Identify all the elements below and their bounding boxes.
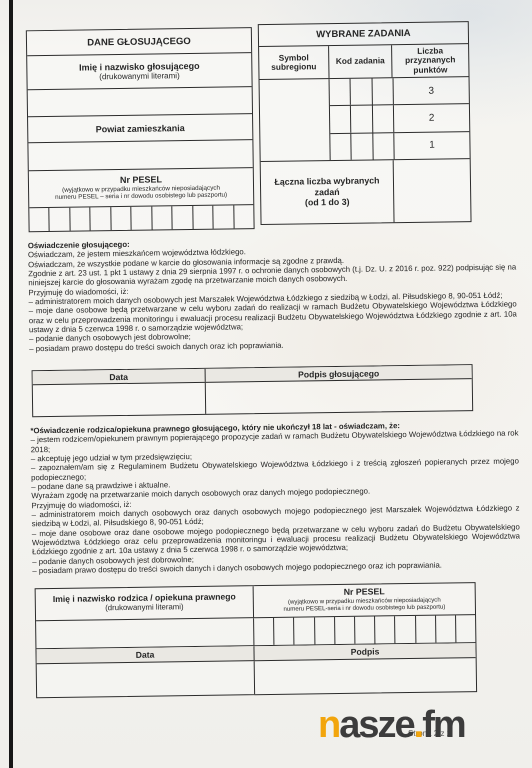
selected-tasks-table: WYBRANE ZADANIA Symbol subregionu Kod za… — [258, 21, 472, 225]
voter-pesel-label: Nr PESEL (wyjątkowo w przypadku mieszkań… — [29, 168, 253, 208]
pesel-digit-cell — [29, 208, 50, 231]
task-code-boxes — [330, 78, 394, 105]
nasze-fm-logo: nasze.fm — [318, 706, 465, 744]
logo-dot: . — [414, 704, 423, 746]
logo-letter-n: n — [318, 704, 339, 746]
date-header: Data — [33, 369, 206, 384]
pesel-digit-cell — [455, 615, 476, 642]
pesel-digit-cell — [111, 207, 132, 230]
guardian-table: Imię i nazwisko rodzica / opiekuna prawn… — [35, 582, 477, 698]
pesel-digit-cell — [354, 617, 375, 644]
guardian-signature-input-cell — [255, 658, 476, 694]
voter-declaration: Oświadczenie głosującego: Oświadczam, że… — [28, 234, 518, 353]
logo-text-asze: asze — [339, 704, 413, 746]
voter-signature-table: Data Podpis głosującego — [32, 364, 474, 417]
voter-pesel-boxes — [29, 205, 253, 231]
col-symbol-subregion: Symbol subregionu — [259, 46, 329, 79]
tasks-table-body: 3 2 — [260, 77, 470, 161]
guardian-pesel-boxes — [254, 615, 475, 645]
guardian-declaration: *Oświadczenie rodzica/opiekuna prawnego … — [30, 419, 520, 575]
pesel-digit-cell — [254, 618, 274, 645]
points-value: 2 — [394, 104, 469, 131]
tasks-column-headers: Symbol subregionu Kod zadania Liczba prz… — [259, 44, 468, 80]
guardian-name-label: Imię i nazwisko rodzica / opiekuna prawn… — [36, 586, 254, 620]
code-digit-cell — [330, 106, 351, 133]
pesel-digit-cell — [172, 206, 193, 229]
points-value: 1 — [394, 132, 469, 159]
code-digit-cell — [330, 133, 351, 160]
code-digit-cell — [351, 133, 373, 160]
tasks-total-row: Łączna liczba wybranych zadań (od 1 do 3… — [261, 158, 471, 224]
task-code-boxes — [330, 106, 394, 133]
tasks-total-label: Łączna liczba wybranych zadań (od 1 do 3… — [261, 160, 395, 224]
voter-name-sublabel: (drukowanymi literami) — [99, 71, 180, 81]
voter-name-label: Imię i nazwisko głosującego (drukowanymi… — [27, 53, 251, 90]
guardian-name-input-cell — [36, 618, 254, 648]
pesel-digit-cell — [132, 207, 153, 230]
pesel-digit-cell — [293, 617, 314, 644]
pesel-digit-cell — [273, 618, 294, 645]
voter-district-input-cell — [28, 140, 252, 171]
task-row: 3 — [330, 77, 469, 105]
pesel-digit-cell — [213, 205, 234, 228]
voter-pesel-sublabel-2: numeru PESEL – seria i nr dowodu osobist… — [55, 191, 227, 201]
logo-text-fm: fm — [422, 704, 464, 746]
guardian-date-signature-inputs — [37, 658, 476, 697]
pesel-digit-cell — [70, 207, 91, 230]
pesel-digit-cell — [50, 208, 71, 231]
signature-table-input-row — [33, 379, 472, 416]
form-content: DANE GŁOSUJĄCEGO Imię i nazwisko głosują… — [0, 0, 532, 768]
pesel-digit-cell — [394, 616, 415, 643]
code-digit-cell — [371, 78, 393, 105]
pesel-digit-cell — [193, 206, 214, 229]
tasks-total-range: (od 1 do 3) — [305, 197, 350, 209]
date-input-cell — [33, 383, 206, 416]
code-digit-cell — [350, 79, 372, 106]
guardian-pesel-sublabel-2: numeru PESEL-seria i nr dowodu osobisteg… — [283, 604, 445, 614]
code-digit-cell — [350, 106, 372, 133]
col-points: Liczba przyznanych punktów — [392, 44, 468, 77]
signature-input-cell — [206, 379, 472, 414]
pesel-digit-cell — [91, 207, 112, 230]
task-code-boxes — [330, 133, 394, 160]
tasks-total-input-cell — [394, 159, 471, 222]
pesel-digit-cell — [334, 617, 355, 644]
voter-data-table: DANE GŁOSUJĄCEGO Imię i nazwisko głosują… — [26, 27, 255, 232]
scanned-ballot-page: DANE GŁOSUJĄCEGO Imię i nazwisko głosują… — [0, 0, 532, 768]
pesel-digit-cell — [152, 206, 173, 229]
code-digit-cell — [330, 79, 351, 106]
voter-table-title: DANE GŁOSUJĄCEGO — [27, 28, 251, 56]
col-task-code: Kod zadania — [329, 45, 392, 78]
pesel-digit-cell — [314, 617, 335, 644]
code-digit-cell — [372, 133, 394, 160]
tasks-table-title: WYBRANE ZADANIA — [259, 22, 468, 47]
symbol-subregion-input-cell — [260, 79, 331, 161]
pesel-digit-cell — [234, 205, 254, 228]
pesel-digit-cell — [374, 616, 395, 643]
task-row: 2 — [330, 103, 469, 132]
voter-name-input-cell — [28, 87, 252, 117]
pesel-digit-cell — [415, 616, 436, 643]
task-row: 1 — [330, 131, 469, 160]
voter-district-label: Powiat zamieszkania — [28, 114, 252, 143]
task-rows: 3 2 — [330, 77, 470, 160]
code-digit-cell — [372, 106, 394, 133]
guardian-date-input-cell — [37, 661, 255, 697]
points-value: 3 — [394, 77, 469, 104]
guardian-pesel-label: Nr PESEL (wyjątkowo w przypadku mieszkań… — [254, 583, 475, 617]
guardian-name-sublabel: (drukowanymi literami) — [105, 603, 184, 613]
pesel-digit-cell — [435, 615, 456, 642]
